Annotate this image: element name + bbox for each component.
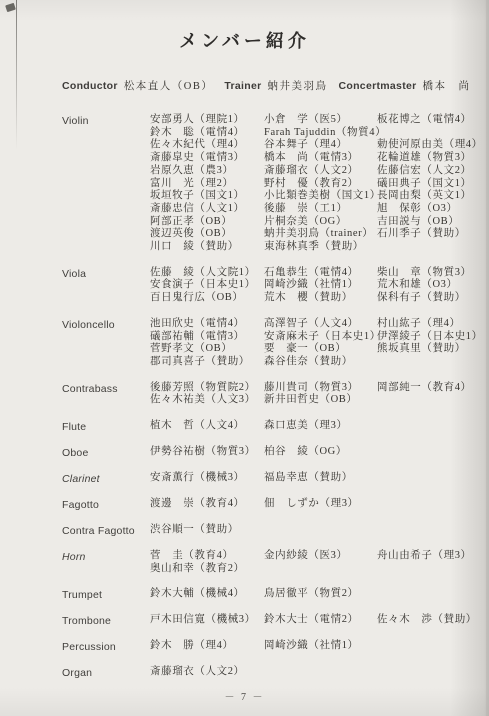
member-name: 渋谷順一（賛助）	[150, 524, 264, 537]
member-name: 福島幸恵（賛助）	[264, 472, 377, 485]
member-rows: 菅 圭（教育4）金内紗綾（医3）舟山由希子（理3）奥山和幸（教育2）	[150, 550, 489, 575]
section-label: Clarinet	[62, 472, 150, 485]
instrument-section: Violoncello池田欣史（電情4）高澤智子（人文4）村山紘子（理4）礒部祐…	[62, 318, 489, 369]
member-name: 小比類巻美樹（国文1）	[264, 190, 377, 203]
member-name: 佐々木紀代（理4）	[150, 139, 264, 152]
section-label: Violin	[62, 114, 150, 254]
member-row: 斎藤忠信（人文1）後藤 崇（工1）旭 保彰（O3）	[150, 203, 489, 216]
member-name: 鈴木大士（電情2）	[264, 614, 377, 627]
member-name: 石亀恭生（電情4）	[264, 267, 377, 280]
member-row: 菅野孝文（OB）要 豪一（OB）熊坂真里（賛助）	[150, 343, 489, 356]
member-name: 森口恵美（理3）	[264, 420, 377, 433]
empty-cell	[377, 241, 489, 254]
staff-row: Conductor松本直人（OB）Trainer蚋井美羽鳥Concertmast…	[62, 78, 489, 93]
section-label: Fagotto	[62, 498, 150, 511]
member-name: 野村 優（教育2）	[264, 178, 377, 191]
instrument-section: Trombone戸木田信寛（機械3）鈴木大士（電情2）佐々木 渉（賛助）	[62, 614, 489, 627]
member-name: 荒木和雄（O3）	[377, 279, 489, 292]
instrument-section: Contra Fagotto渋谷順一（賛助）	[62, 524, 489, 537]
staff-role-label: Conductor	[62, 80, 118, 92]
member-rows: 渡邊 崇（教育4）佃 しずか（理3）	[150, 498, 489, 511]
staff-member-name: 松本直人（OB）	[124, 78, 214, 93]
empty-cell	[264, 666, 377, 679]
member-name: 斎藤皐史（電情3）	[150, 152, 264, 165]
empty-cell	[264, 524, 377, 537]
instrument-section: Viola佐藤 綾（人文院1）石亀恭生（電情4）柴山 章（物質3）安食演子（日本…	[62, 267, 489, 305]
empty-cell	[377, 524, 489, 537]
member-name: 礒部祐輔（電情3）	[150, 331, 264, 344]
member-row: 安食演子（日本史1）岡崎沙織（社情1）荒木和雄（O3）	[150, 279, 489, 292]
member-name: 富川 光（理2）	[150, 178, 264, 191]
member-rows: 植木 哲（人文4）森口恵美（理3）	[150, 420, 489, 433]
instrument-section: Violin安部勇人（理院1）小倉 学（医5）板花博之（電情4）鈴木 聡（電情4…	[62, 114, 489, 254]
scan-artifact-left-edge	[16, 0, 17, 150]
empty-cell	[377, 588, 489, 601]
empty-cell	[377, 666, 489, 679]
empty-cell	[377, 420, 489, 433]
member-name: 藤川貴司（物質3）	[264, 382, 377, 395]
page-title: メンバー紹介	[0, 0, 489, 53]
member-sections: Violin安部勇人（理院1）小倉 学（医5）板花博之（電情4）鈴木 聡（電情4…	[62, 114, 489, 679]
empty-cell	[264, 563, 377, 576]
member-name: 岩原久恵（農3）	[150, 165, 264, 178]
member-name: 森谷佳奈（賛助）	[264, 356, 377, 369]
member-name: 池田欣史（電情4）	[150, 318, 264, 331]
staff-item: Concertmaster橋本 尚	[339, 78, 471, 93]
member-name: 柴山 章（物質3）	[377, 267, 489, 280]
member-name: 要 豪一（OB）	[264, 343, 377, 356]
empty-cell	[377, 498, 489, 511]
section-label: Viola	[62, 267, 150, 305]
member-name: 片桐奈美（OG）	[264, 216, 377, 229]
member-row: 鈴木 聡（電情4）Farah Tajuddin（物質4）	[150, 127, 489, 140]
section-label: Flute	[62, 420, 150, 433]
member-name: 長岡由梨（英文1）	[377, 190, 489, 203]
member-name: 金内紗綾（医3）	[264, 550, 377, 563]
staff-item: Trainer蚋井美羽鳥	[224, 78, 327, 93]
section-label: Violoncello	[62, 318, 150, 369]
member-name: 伊勢谷祐樹（物質3）	[150, 446, 264, 459]
empty-cell	[377, 127, 489, 140]
empty-cell	[377, 640, 489, 653]
member-row: 安部勇人（理院1）小倉 学（医5）板花博之（電情4）	[150, 114, 489, 127]
member-name: 村山紘子（理4）	[377, 318, 489, 331]
member-name: 斎藤瑠衣（人文2）	[264, 165, 377, 178]
member-row: 郡司真喜子（賛助）森谷佳奈（賛助）	[150, 356, 489, 369]
member-name: 橋本 尚（電情3）	[264, 152, 377, 165]
member-name: 勅使河原由美（理4）	[377, 139, 489, 152]
section-label: Percussion	[62, 640, 150, 653]
section-label: Horn	[62, 550, 150, 575]
member-rows: 安斎薫行（機械3）福島幸恵（賛助）	[150, 472, 489, 485]
staff-item: Conductor松本直人（OB）	[62, 78, 213, 93]
member-name: 坂垣牧子（国文1）	[150, 190, 264, 203]
member-row: 富川 光（理2）野村 優（教育2）礒田典子（国文1）	[150, 178, 489, 191]
member-row: 渡邊 崇（教育4）佃 しずか（理3）	[150, 498, 489, 511]
member-rows: 渋谷順一（賛助）	[150, 524, 489, 537]
member-row: 斎藤皐史（電情3）橋本 尚（電情3）花輪道雄（物質3）	[150, 152, 489, 165]
section-label: Contrabass	[62, 382, 150, 407]
member-name: 保科有子（賛助）	[377, 292, 489, 305]
member-row: 川口 綾（賛助）東海林真季（賛助）	[150, 241, 489, 254]
member-rows: 戸木田信寛（機械3）鈴木大士（電情2）佐々木 渉（賛助）	[150, 614, 489, 627]
member-name: 小倉 学（医5）	[264, 114, 377, 127]
member-name: 鈴木 聡（電情4）	[150, 127, 264, 140]
member-name: 佃 しずか（理3）	[264, 498, 377, 511]
instrument-section: Trumpet鈴木大輔（機械4）鳥居徹平（物質2）	[62, 588, 489, 601]
member-name: 斎藤忠信（人文1）	[150, 203, 264, 216]
member-name: 熊坂真里（賛助）	[377, 343, 489, 356]
section-label: Organ	[62, 666, 150, 679]
member-name: 礒田典子（国文1）	[377, 178, 489, 191]
member-name: 旭 保彰（O3）	[377, 203, 489, 216]
member-rows: 斎藤瑠衣（人文2）	[150, 666, 489, 679]
member-name: 菅 圭（教育4）	[150, 550, 264, 563]
member-row: 菅 圭（教育4）金内紗綾（医3）舟山由希子（理3）	[150, 550, 489, 563]
section-label: Trombone	[62, 614, 150, 627]
document-page: メンバー紹介 Conductor松本直人（OB）Trainer蚋井美羽鳥Conc…	[0, 0, 489, 679]
instrument-section: Horn菅 圭（教育4）金内紗綾（医3）舟山由希子（理3）奥山和幸（教育2）	[62, 550, 489, 575]
member-name: 奥山和幸（教育2）	[150, 563, 264, 576]
member-row: 戸木田信寛（機械3）鈴木大士（電情2）佐々木 渉（賛助）	[150, 614, 489, 627]
member-row: 佐々木祐美（人文3）新井田哲史（OB）	[150, 394, 489, 407]
instrument-section: Oboe伊勢谷祐樹（物質3）柏谷 綾（OG）	[62, 446, 489, 459]
page-number: － 7 －	[0, 688, 489, 703]
member-name: 安斎薫行（機械3）	[150, 472, 264, 485]
member-row: 鈴木 勝（理4）岡崎沙織（社情1）	[150, 640, 489, 653]
member-name: 百日鬼行広（OB）	[150, 292, 264, 305]
member-row: 坂垣牧子（国文1）小比類巻美樹（国文1）長岡由梨（英文1）	[150, 190, 489, 203]
staff-role-label: Trainer	[224, 80, 261, 92]
member-row: 百日鬼行広（OB）荒木 櫻（賛助）保科有子（賛助）	[150, 292, 489, 305]
member-rows: 鈴木大輔（機械4）鳥居徹平（物質2）	[150, 588, 489, 601]
member-row: 植木 哲（人文4）森口恵美（理3）	[150, 420, 489, 433]
section-label: Oboe	[62, 446, 150, 459]
member-name: 岡部純一（教育4）	[377, 382, 489, 395]
empty-cell	[377, 446, 489, 459]
member-name: 植木 哲（人文4）	[150, 420, 264, 433]
staff-member-name: 蚋井美羽鳥	[268, 78, 328, 93]
member-name: 菅野孝文（OB）	[150, 343, 264, 356]
member-name: 安食演子（日本史1）	[150, 279, 264, 292]
member-name: 佐々木 渉（賛助）	[377, 614, 489, 627]
member-name: 郡司真喜子（賛助）	[150, 356, 264, 369]
member-name: 鳥居徹平（物質2）	[264, 588, 377, 601]
member-name: 高澤智子（人文4）	[264, 318, 377, 331]
member-name: 斎藤瑠衣（人文2）	[150, 666, 264, 679]
member-name: 戸木田信寛（機械3）	[150, 614, 264, 627]
member-name: 佐々木祐美（人文3）	[150, 394, 264, 407]
member-name: 東海林真季（賛助）	[264, 241, 377, 254]
member-name: 荒木 櫻（賛助）	[264, 292, 377, 305]
member-rows: 伊勢谷祐樹（物質3）柏谷 綾（OG）	[150, 446, 489, 459]
member-name: Farah Tajuddin（物質4）	[264, 127, 377, 140]
empty-cell	[377, 394, 489, 407]
instrument-section: Fagotto渡邊 崇（教育4）佃 しずか（理3）	[62, 498, 489, 511]
member-row: 鈴木大輔（機械4）鳥居徹平（物質2）	[150, 588, 489, 601]
staff-member-name: 橋本 尚	[423, 78, 471, 93]
member-row: 岩原久恵（農3）斎藤瑠衣（人文2）佐藤信宏（人文2）	[150, 165, 489, 178]
section-label: Trumpet	[62, 588, 150, 601]
member-name: 新井田哲史（OB）	[264, 394, 377, 407]
instrument-section: Organ斎藤瑠衣（人文2）	[62, 666, 489, 679]
member-name: 安部勇人（理院1）	[150, 114, 264, 127]
member-row: 伊勢谷祐樹（物質3）柏谷 綾（OG）	[150, 446, 489, 459]
instrument-section: Flute植木 哲（人文4）森口恵美（理3）	[62, 420, 489, 433]
member-name: 伊澤綾子（日本史1）	[377, 331, 489, 344]
member-row: 後藤芳照（物質院2）藤川貴司（物質3）岡部純一（教育4）	[150, 382, 489, 395]
member-name: 佐藤信宏（人文2）	[377, 165, 489, 178]
instrument-section: Contrabass後藤芳照（物質院2）藤川貴司（物質3）岡部純一（教育4）佐々…	[62, 382, 489, 407]
member-row: 佐藤 綾（人文院1）石亀恭生（電情4）柴山 章（物質3）	[150, 267, 489, 280]
member-row: 渋谷順一（賛助）	[150, 524, 489, 537]
member-name: 岡崎沙織（社情1）	[264, 640, 377, 653]
member-name: 渡辺英俊（OB）	[150, 228, 264, 241]
member-name: 阿部正孝（OB）	[150, 216, 264, 229]
staff-role-label: Concertmaster	[339, 80, 417, 92]
member-rows: 後藤芳照（物質院2）藤川貴司（物質3）岡部純一（教育4）佐々木祐美（人文3）新井…	[150, 382, 489, 407]
member-name: 蚋井美羽鳥（trainer）	[264, 228, 377, 241]
member-name: 岡崎沙織（社情1）	[264, 279, 377, 292]
member-name: 石川季子（賛助）	[377, 228, 489, 241]
member-name: 後藤芳照（物質院2）	[150, 382, 264, 395]
member-name: 舟山由希子（理3）	[377, 550, 489, 563]
member-row: 安斎薫行（機械3）福島幸恵（賛助）	[150, 472, 489, 485]
member-name: 鈴木大輔（機械4）	[150, 588, 264, 601]
member-name: 鈴木 勝（理4）	[150, 640, 264, 653]
member-name: 安斎麻未子（日本史1）	[264, 331, 377, 344]
member-row: 阿部正孝（OB）片桐奈美（OG）吉田説与（OB）	[150, 216, 489, 229]
member-name: 川口 綾（賛助）	[150, 241, 264, 254]
member-name: 後藤 崇（工1）	[264, 203, 377, 216]
instrument-section: Percussion鈴木 勝（理4）岡崎沙織（社情1）	[62, 640, 489, 653]
member-name: 佐藤 綾（人文院1）	[150, 267, 264, 280]
member-name: 柏谷 綾（OG）	[264, 446, 377, 459]
member-row: 渡辺英俊（OB）蚋井美羽鳥（trainer）石川季子（賛助）	[150, 228, 489, 241]
member-rows: 佐藤 綾（人文院1）石亀恭生（電情4）柴山 章（物質3）安食演子（日本史1）岡崎…	[150, 267, 489, 305]
member-name: 花輪道雄（物質3）	[377, 152, 489, 165]
member-row: 斎藤瑠衣（人文2）	[150, 666, 489, 679]
member-name: 渡邊 崇（教育4）	[150, 498, 264, 511]
member-name: 板花博之（電情4）	[377, 114, 489, 127]
member-name: 吉田説与（OB）	[377, 216, 489, 229]
member-row: 池田欣史（電情4）高澤智子（人文4）村山紘子（理4）	[150, 318, 489, 331]
member-rows: 池田欣史（電情4）高澤智子（人文4）村山紘子（理4）礒部祐輔（電情3）安斎麻未子…	[150, 318, 489, 369]
empty-cell	[377, 356, 489, 369]
empty-cell	[377, 563, 489, 576]
member-name: 谷本舞子（理4）	[264, 139, 377, 152]
empty-cell	[377, 472, 489, 485]
member-row: 奥山和幸（教育2）	[150, 563, 489, 576]
member-rows: 安部勇人（理院1）小倉 学（医5）板花博之（電情4）鈴木 聡（電情4）Farah…	[150, 114, 489, 254]
section-label: Contra Fagotto	[62, 524, 150, 537]
member-row: 佐々木紀代（理4）谷本舞子（理4）勅使河原由美（理4）	[150, 139, 489, 152]
member-rows: 鈴木 勝（理4）岡崎沙織（社情1）	[150, 640, 489, 653]
instrument-section: Clarinet安斎薫行（機械3）福島幸恵（賛助）	[62, 472, 489, 485]
member-row: 礒部祐輔（電情3）安斎麻未子（日本史1）伊澤綾子（日本史1）	[150, 331, 489, 344]
